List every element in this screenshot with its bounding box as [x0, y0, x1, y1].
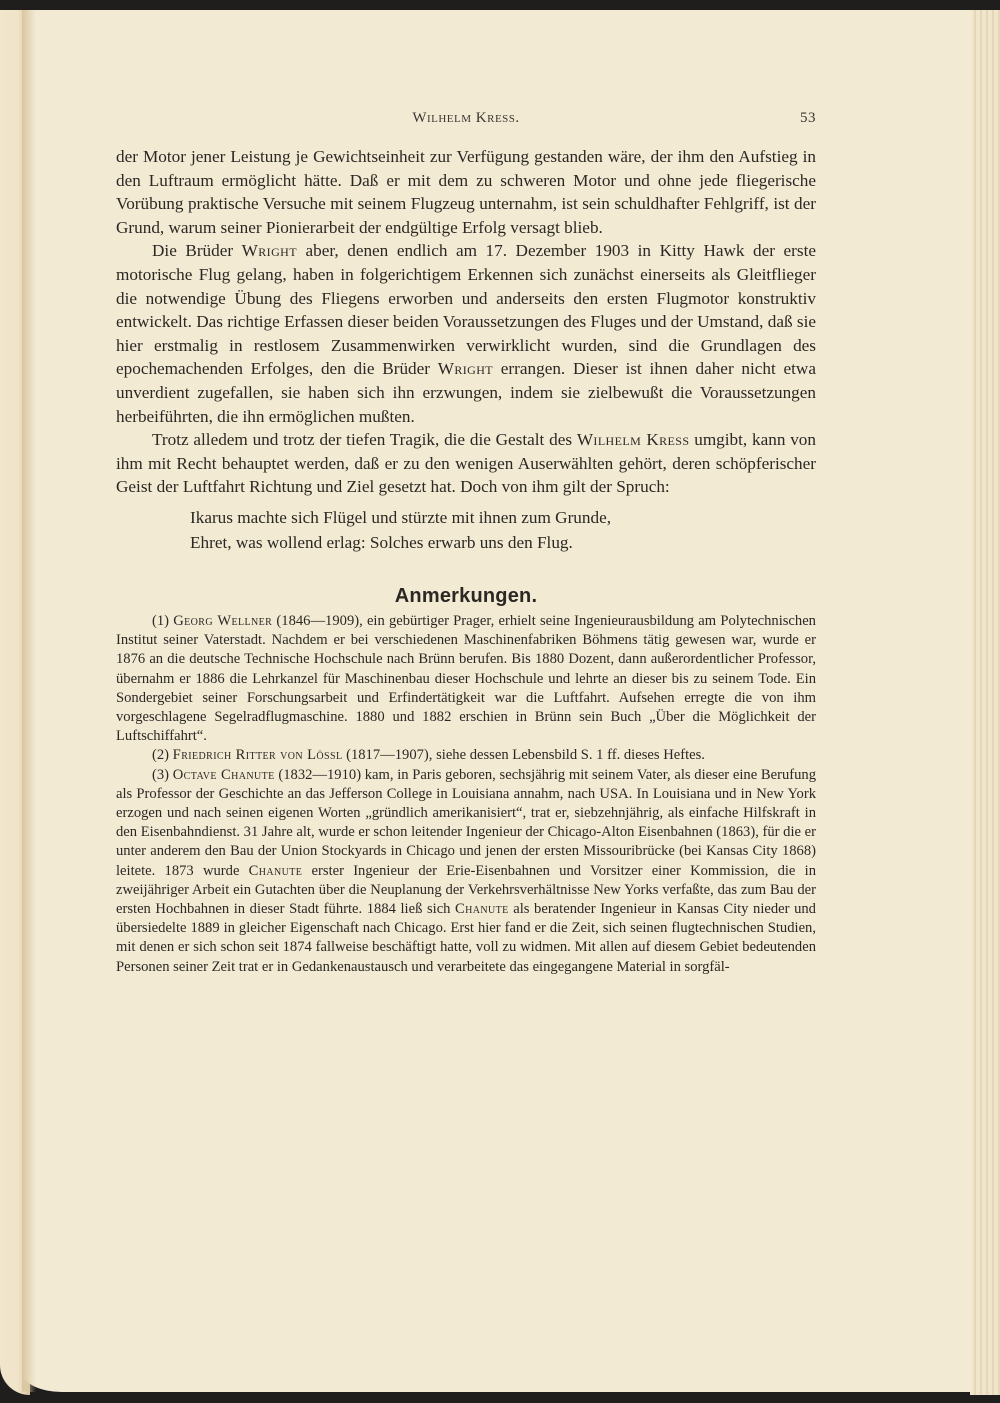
text-run: (1817—1907), siehe dessen Lebensbild S. …	[342, 747, 704, 763]
person-name: Chanute	[249, 863, 303, 879]
page-content: Wilhelm Kress. 53 der Motor jener Leistu…	[116, 110, 816, 977]
person-name: Friedrich Ritter von Lössl	[173, 747, 343, 763]
running-head: Wilhelm Kress. 53	[116, 110, 816, 138]
text-run: Die Brüder	[152, 241, 242, 260]
footnote: (1) Georg Wellner (1846—1909), ein gebür…	[116, 612, 816, 746]
person-name: Chanute	[455, 901, 509, 917]
footnote-number: (1)	[152, 613, 173, 629]
text-run: (1846—1909), ein gebürtiger Prager, erhi…	[116, 613, 816, 744]
gutter-shadow	[22, 10, 36, 1392]
body-text: der Motor jener Leistung je Gewichtseinh…	[116, 145, 816, 555]
running-title: Wilhelm Kress.	[116, 110, 816, 127]
footnote: (3) Octave Chanute (1832—1910) kam, in P…	[116, 766, 816, 977]
verse-line: Ehret, was wollend erlag: Solches erwarb…	[190, 530, 816, 555]
paragraph: Trotz alledem und trotz der tiefen Tragi…	[116, 428, 816, 499]
person-name: Wright	[242, 241, 297, 260]
person-name: Wright	[438, 359, 493, 378]
footnote: (2) Friedrich Ritter von Lössl (1817—190…	[116, 746, 816, 765]
notes-heading: Anmerkungen.	[116, 585, 816, 608]
notes-section: (1) Georg Wellner (1846—1909), ein gebür…	[116, 612, 816, 977]
page-stack-right	[970, 10, 1000, 1395]
paragraph: der Motor jener Leistung je Gewichtseinh…	[116, 145, 816, 239]
text-run: Trotz alledem und trotz der tiefen Tragi…	[152, 430, 577, 449]
person-name: Georg Wellner	[173, 613, 272, 629]
paragraph: Die Brüder Wright aber, denen endlich am…	[116, 239, 816, 428]
verse-line: Ikarus machte sich Flügel und stürzte mi…	[190, 505, 816, 530]
page-number: 53	[800, 110, 816, 127]
text-run: aber, denen endlich am 17. Dezember 1903…	[116, 241, 816, 378]
verse-quote: Ikarus machte sich Flügel und stürzte mi…	[190, 505, 816, 555]
person-name: Wilhelm Kress	[577, 430, 690, 449]
footnote-number: (3)	[152, 767, 173, 783]
person-name: Octave Chanute	[173, 767, 275, 783]
footnote-number: (2)	[152, 747, 173, 763]
